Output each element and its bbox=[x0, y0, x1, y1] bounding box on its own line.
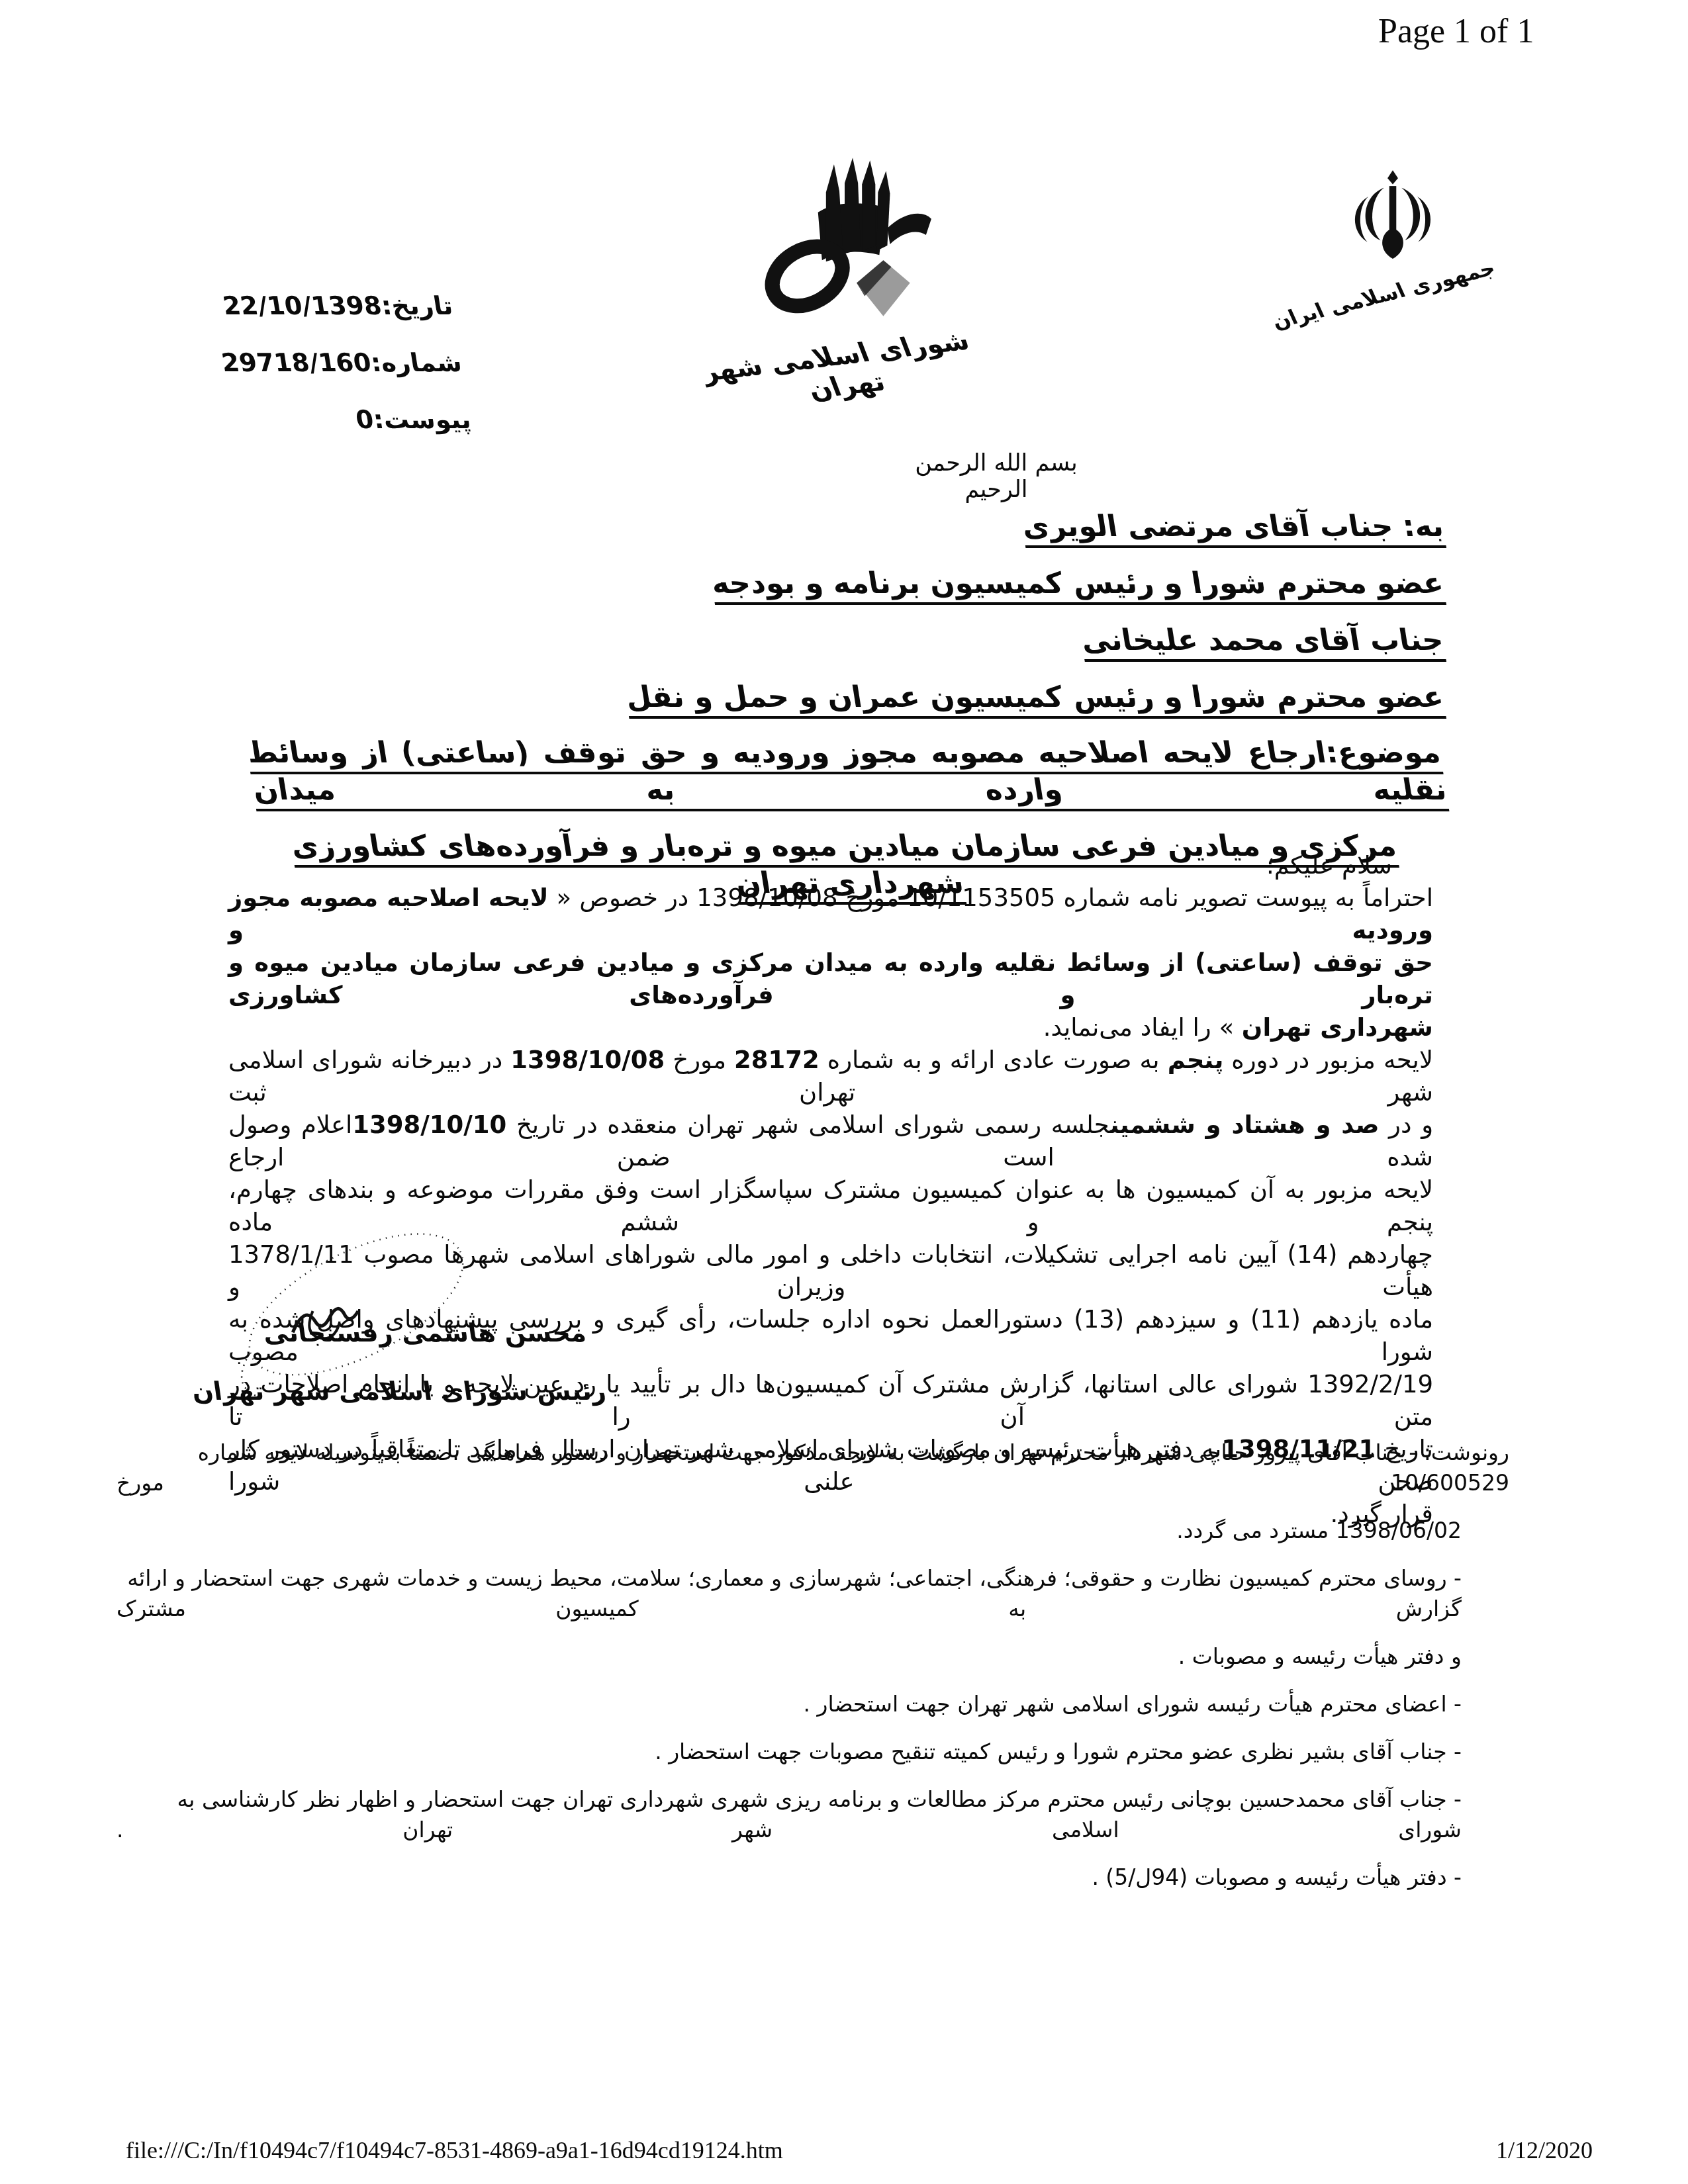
bold-text-run: شهرداری تهران bbox=[1242, 1013, 1433, 1042]
text-run: سلام علیکم؛ bbox=[1266, 851, 1392, 880]
iran-emblem-icon bbox=[1335, 167, 1451, 281]
bold-text-run: 28172 bbox=[734, 1046, 820, 1074]
text-run: به صورت عادی ارائه و به شماره bbox=[820, 1046, 1168, 1074]
bismillah: بسم الله الرحمن الرحیم bbox=[880, 450, 1112, 503]
recipients: به: جناب آقای مرتضی الویریعضو محترم شورا… bbox=[516, 508, 1443, 736]
list-item: به: جناب آقای مرتضی الویری bbox=[514, 508, 1446, 545]
text-line: رونوشت: - جناب آقای پیروز حناچی شهردار م… bbox=[117, 1437, 1509, 1498]
footer-file-path: file:///C:/In/f10494c7/f10494c7-8531-486… bbox=[126, 2136, 783, 2164]
number-label: شماره: bbox=[369, 348, 464, 377]
text-line: - روسای محترم کمیسیون نظارت و حقوقی؛ فره… bbox=[117, 1563, 1509, 1624]
text-line: 1398/06/02 مسترد می گردد. bbox=[117, 1516, 1509, 1546]
text-run: احتراماً به پیوست تصویر نامه شماره 10/11… bbox=[549, 884, 1433, 912]
signatory-title: رئیس شورای اسلامی شهر تهران bbox=[253, 1377, 608, 1406]
text-line: - جناب آقای بشیر نظری عضو محترم شورا و ر… bbox=[117, 1737, 1509, 1767]
text-run: - روسای محترم کمیسیون نظارت و حقوقی؛ فره… bbox=[117, 1565, 1462, 1621]
number-value: 29718/160 bbox=[219, 348, 373, 377]
text-run: - جناب آقای بشیر نظری عضو محترم شورا و ر… bbox=[655, 1739, 1462, 1764]
signatory-name: محسن هاشمی رفسنجانی bbox=[253, 1318, 588, 1347]
letter-date-row: تاریخ:22/10/1398 bbox=[211, 290, 455, 322]
text-run: - دفتر هیأت رئیسه و مصوبات (94ل/5) . bbox=[1092, 1864, 1462, 1890]
footer-date: 1/12/2020 bbox=[1496, 2136, 1593, 2164]
page-number: Page 1 of 1 bbox=[1378, 12, 1534, 51]
text-run: رونوشت: - جناب آقای پیروز حناچی شهردار م… bbox=[117, 1439, 1509, 1496]
bold-text-run: 1398/10/10 bbox=[352, 1111, 506, 1139]
text-run: » را ایفاد می‌نماید. bbox=[1043, 1013, 1242, 1042]
letter-attachment-row: پیوست:0 bbox=[228, 404, 473, 435]
signature-scribble-icon bbox=[211, 1232, 495, 1399]
scanned-letter-page: { "colors": { "ink": "#0a0a0a", "paper":… bbox=[0, 0, 1688, 2184]
bold-text-run: صد و هشتاد و ششمین bbox=[1110, 1111, 1380, 1139]
cc-list: رونوشت: - جناب آقای پیروز حناچی شهردار م… bbox=[117, 1437, 1509, 1910]
text-line: - جناب آقای محمدحسین بوچانی رئیس محترم م… bbox=[117, 1784, 1509, 1845]
text-line: شهرداری تهران » را ایفاد می‌نماید. bbox=[228, 1011, 1433, 1044]
text-run: لایحه مزبور در دوره bbox=[1223, 1046, 1433, 1074]
text-run: و دفتر هیأت رئیسه و مصوبات . bbox=[1178, 1643, 1462, 1669]
attachment-label: پیوست: bbox=[371, 405, 473, 434]
date-label: تاریخ: bbox=[379, 291, 455, 320]
text-run: - اعضای محترم هیأت رئیسه شورای اسلامی شه… bbox=[803, 1691, 1462, 1717]
text-run: - جناب آقای محمدحسین بوچانی رئیس محترم م… bbox=[117, 1786, 1462, 1843]
text-line: - دفتر هیأت رئیسه و مصوبات (94ل/5) . bbox=[117, 1862, 1509, 1893]
text-line: حق توقف (ساعتی) از وسائط نقلیه وارده به … bbox=[228, 946, 1433, 1011]
signature-block: محسن هاشمی رفسنجانی رئیس شورای اسلامی شه… bbox=[218, 1236, 655, 1435]
text-line: و دفتر هیأت رئیسه و مصوبات . bbox=[117, 1641, 1509, 1672]
text-line: احتراماً به پیوست تصویر نامه شماره 10/11… bbox=[228, 882, 1433, 946]
text-run: و در bbox=[1379, 1111, 1433, 1139]
list-item: عضو محترم شورا و رئیس کمیسیون عمران و حم… bbox=[514, 679, 1446, 716]
date-value: 22/10/1398 bbox=[220, 291, 383, 320]
text-line: لایحه مزبور به آن کمیسیون ها به عنوان کم… bbox=[228, 1173, 1433, 1238]
bold-text-run: پنجم bbox=[1168, 1046, 1224, 1074]
subject-line-1: موضوع:ارجاع لایحه اصلاحیه مصوبه مجوز ورو… bbox=[244, 735, 1449, 809]
bold-text-run: 1398/10/08 bbox=[510, 1046, 665, 1074]
letter-number-row: شماره:29718/160 bbox=[219, 347, 464, 379]
bold-text-run: حق توقف (ساعتی) از وسائط نقلیه وارده به … bbox=[228, 948, 1433, 1009]
text-line: و در صد و هشتاد و ششمینجلسه رسمی شورای ا… bbox=[228, 1109, 1433, 1173]
list-item: عضو محترم شورا و رئیس کمیسیون برنامه و ب… bbox=[514, 565, 1446, 602]
text-line: - اعضای محترم هیأت رئیسه شورای اسلامی شه… bbox=[117, 1689, 1509, 1719]
text-run: مورخ bbox=[665, 1046, 734, 1074]
text-run: 1398/06/02 مسترد می گردد. bbox=[1176, 1518, 1462, 1543]
letterhead-fields: تاریخ:22/10/1398 شماره:29718/160 پیوست:0 bbox=[211, 290, 477, 461]
text-line: سلام علیکم؛ bbox=[228, 849, 1433, 882]
text-run: لایحه مزبور به آن کمیسیون ها به عنوان کم… bbox=[228, 1175, 1433, 1236]
text-run: جلسه رسمی شورای اسلامی شهر تهران منعقده … bbox=[506, 1111, 1109, 1139]
text-line: لایحه مزبور در دوره پنجم به صورت عادی ار… bbox=[228, 1044, 1433, 1109]
list-item: جناب آقای محمد علیخانی bbox=[514, 622, 1446, 659]
council-emblem-icon bbox=[753, 144, 933, 338]
